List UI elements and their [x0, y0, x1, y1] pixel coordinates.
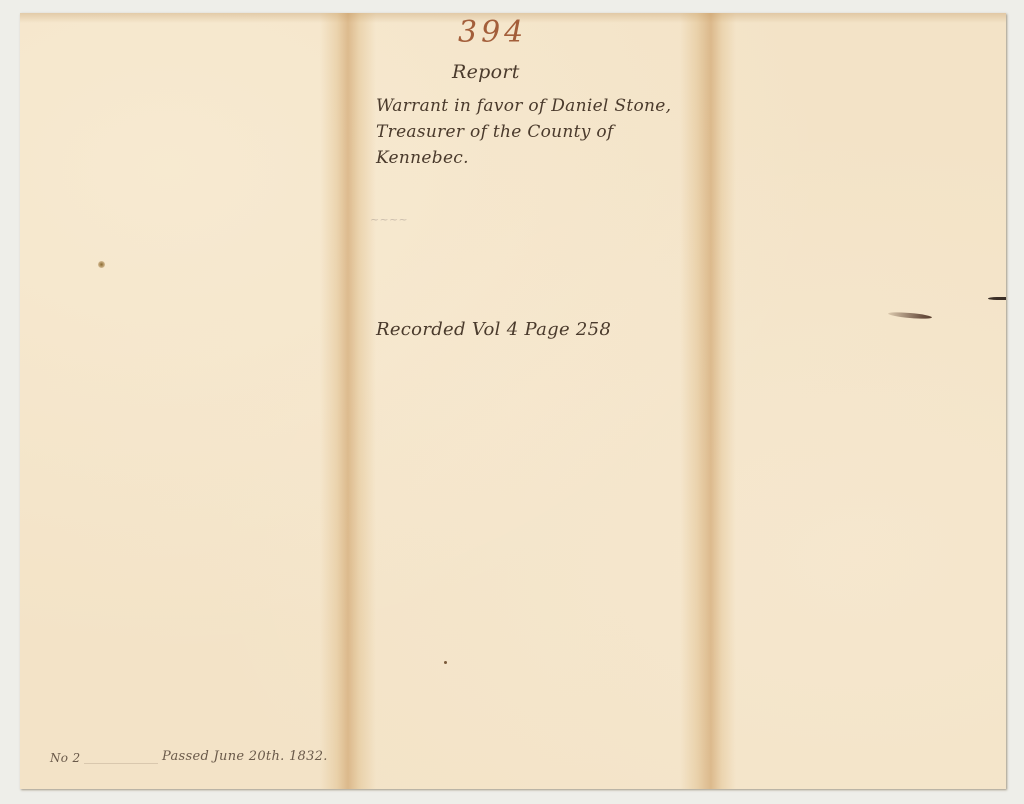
document-title: Report — [452, 61, 520, 83]
ink-dot — [444, 661, 447, 664]
footer-number: No 2 — [50, 751, 80, 765]
faint-pencil-mark: ~~~~ — [370, 213, 408, 226]
footer-rule — [84, 763, 158, 764]
recorded-notation: Recorded Vol 4 Page 258 — [376, 319, 611, 340]
fold-crease-left — [320, 13, 376, 789]
document-number: 394 — [458, 15, 527, 50]
stain-spot — [98, 261, 105, 268]
document-description: Warrant in favor of Daniel Stone, Treasu… — [376, 93, 706, 171]
document-sheet: 394 Report Warrant in favor of Daniel St… — [20, 13, 1006, 789]
footer-passed-date: Passed June 20th. 1832. — [162, 749, 328, 764]
edge-tear-mark — [988, 297, 1006, 300]
ink-streak — [888, 311, 932, 320]
